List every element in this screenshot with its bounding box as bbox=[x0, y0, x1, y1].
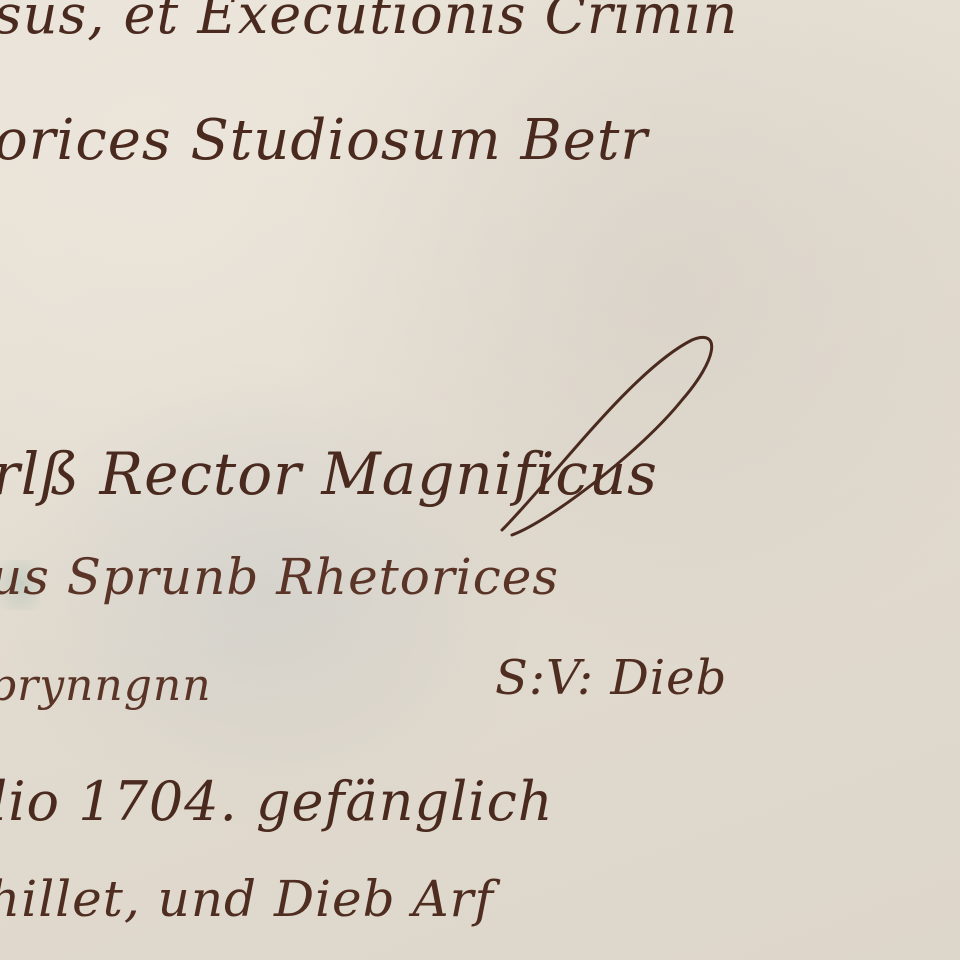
manuscript-line-3: rlß Rector Magnificus bbox=[0, 440, 658, 508]
manuscript-line-5: S:V: Dieb bbox=[495, 650, 727, 706]
manuscript-line-6: prynngnn bbox=[0, 660, 212, 711]
manuscript-page: sus, et Executionis Crimin orices Studio… bbox=[0, 0, 960, 960]
manuscript-line-8: hillet, und Dieb Arf bbox=[0, 870, 494, 928]
manuscript-line-2: orices Studiosum Betr bbox=[0, 108, 648, 173]
manuscript-line-4: us Sprunb Rhetorices bbox=[0, 548, 559, 606]
manuscript-line-7: lio 1704. gefänglich bbox=[0, 770, 554, 833]
manuscript-line-1: sus, et Executionis Crimin bbox=[0, 0, 738, 42]
